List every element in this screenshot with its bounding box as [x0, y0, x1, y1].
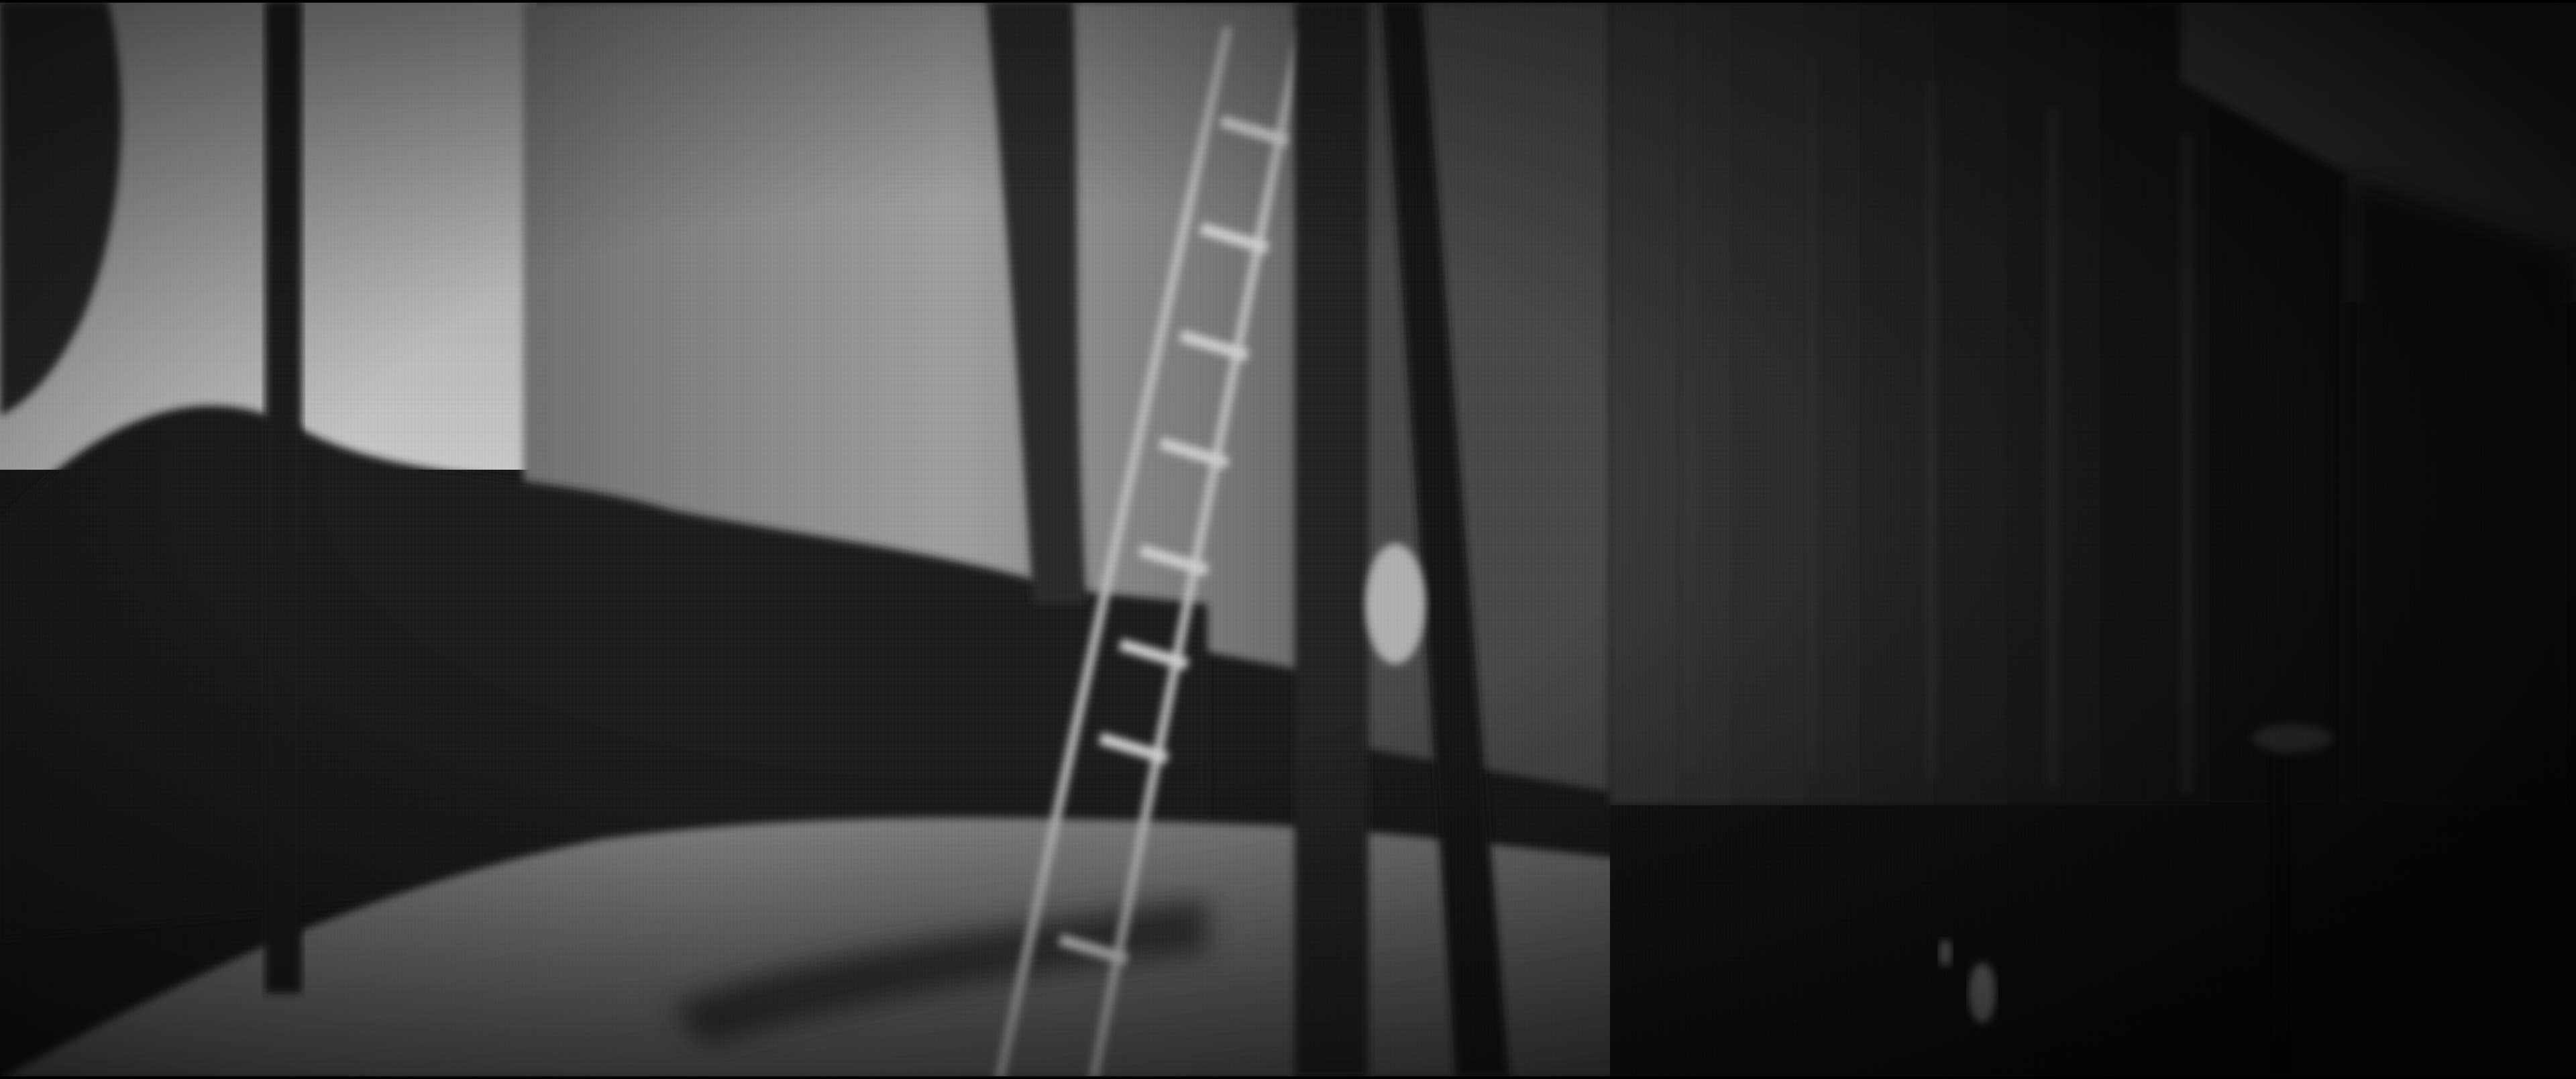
utility-pole-left [265, 0, 302, 993]
building-facade-right [1610, 0, 2348, 805]
wooden-post-center [1295, 0, 1368, 1079]
figure-highlight [1365, 544, 1426, 664]
scene-canvas [0, 0, 2576, 1079]
frame-edge-bottom [0, 1076, 2576, 1079]
film-still [0, 0, 2576, 1079]
frame-edge-top [0, 0, 2576, 3]
